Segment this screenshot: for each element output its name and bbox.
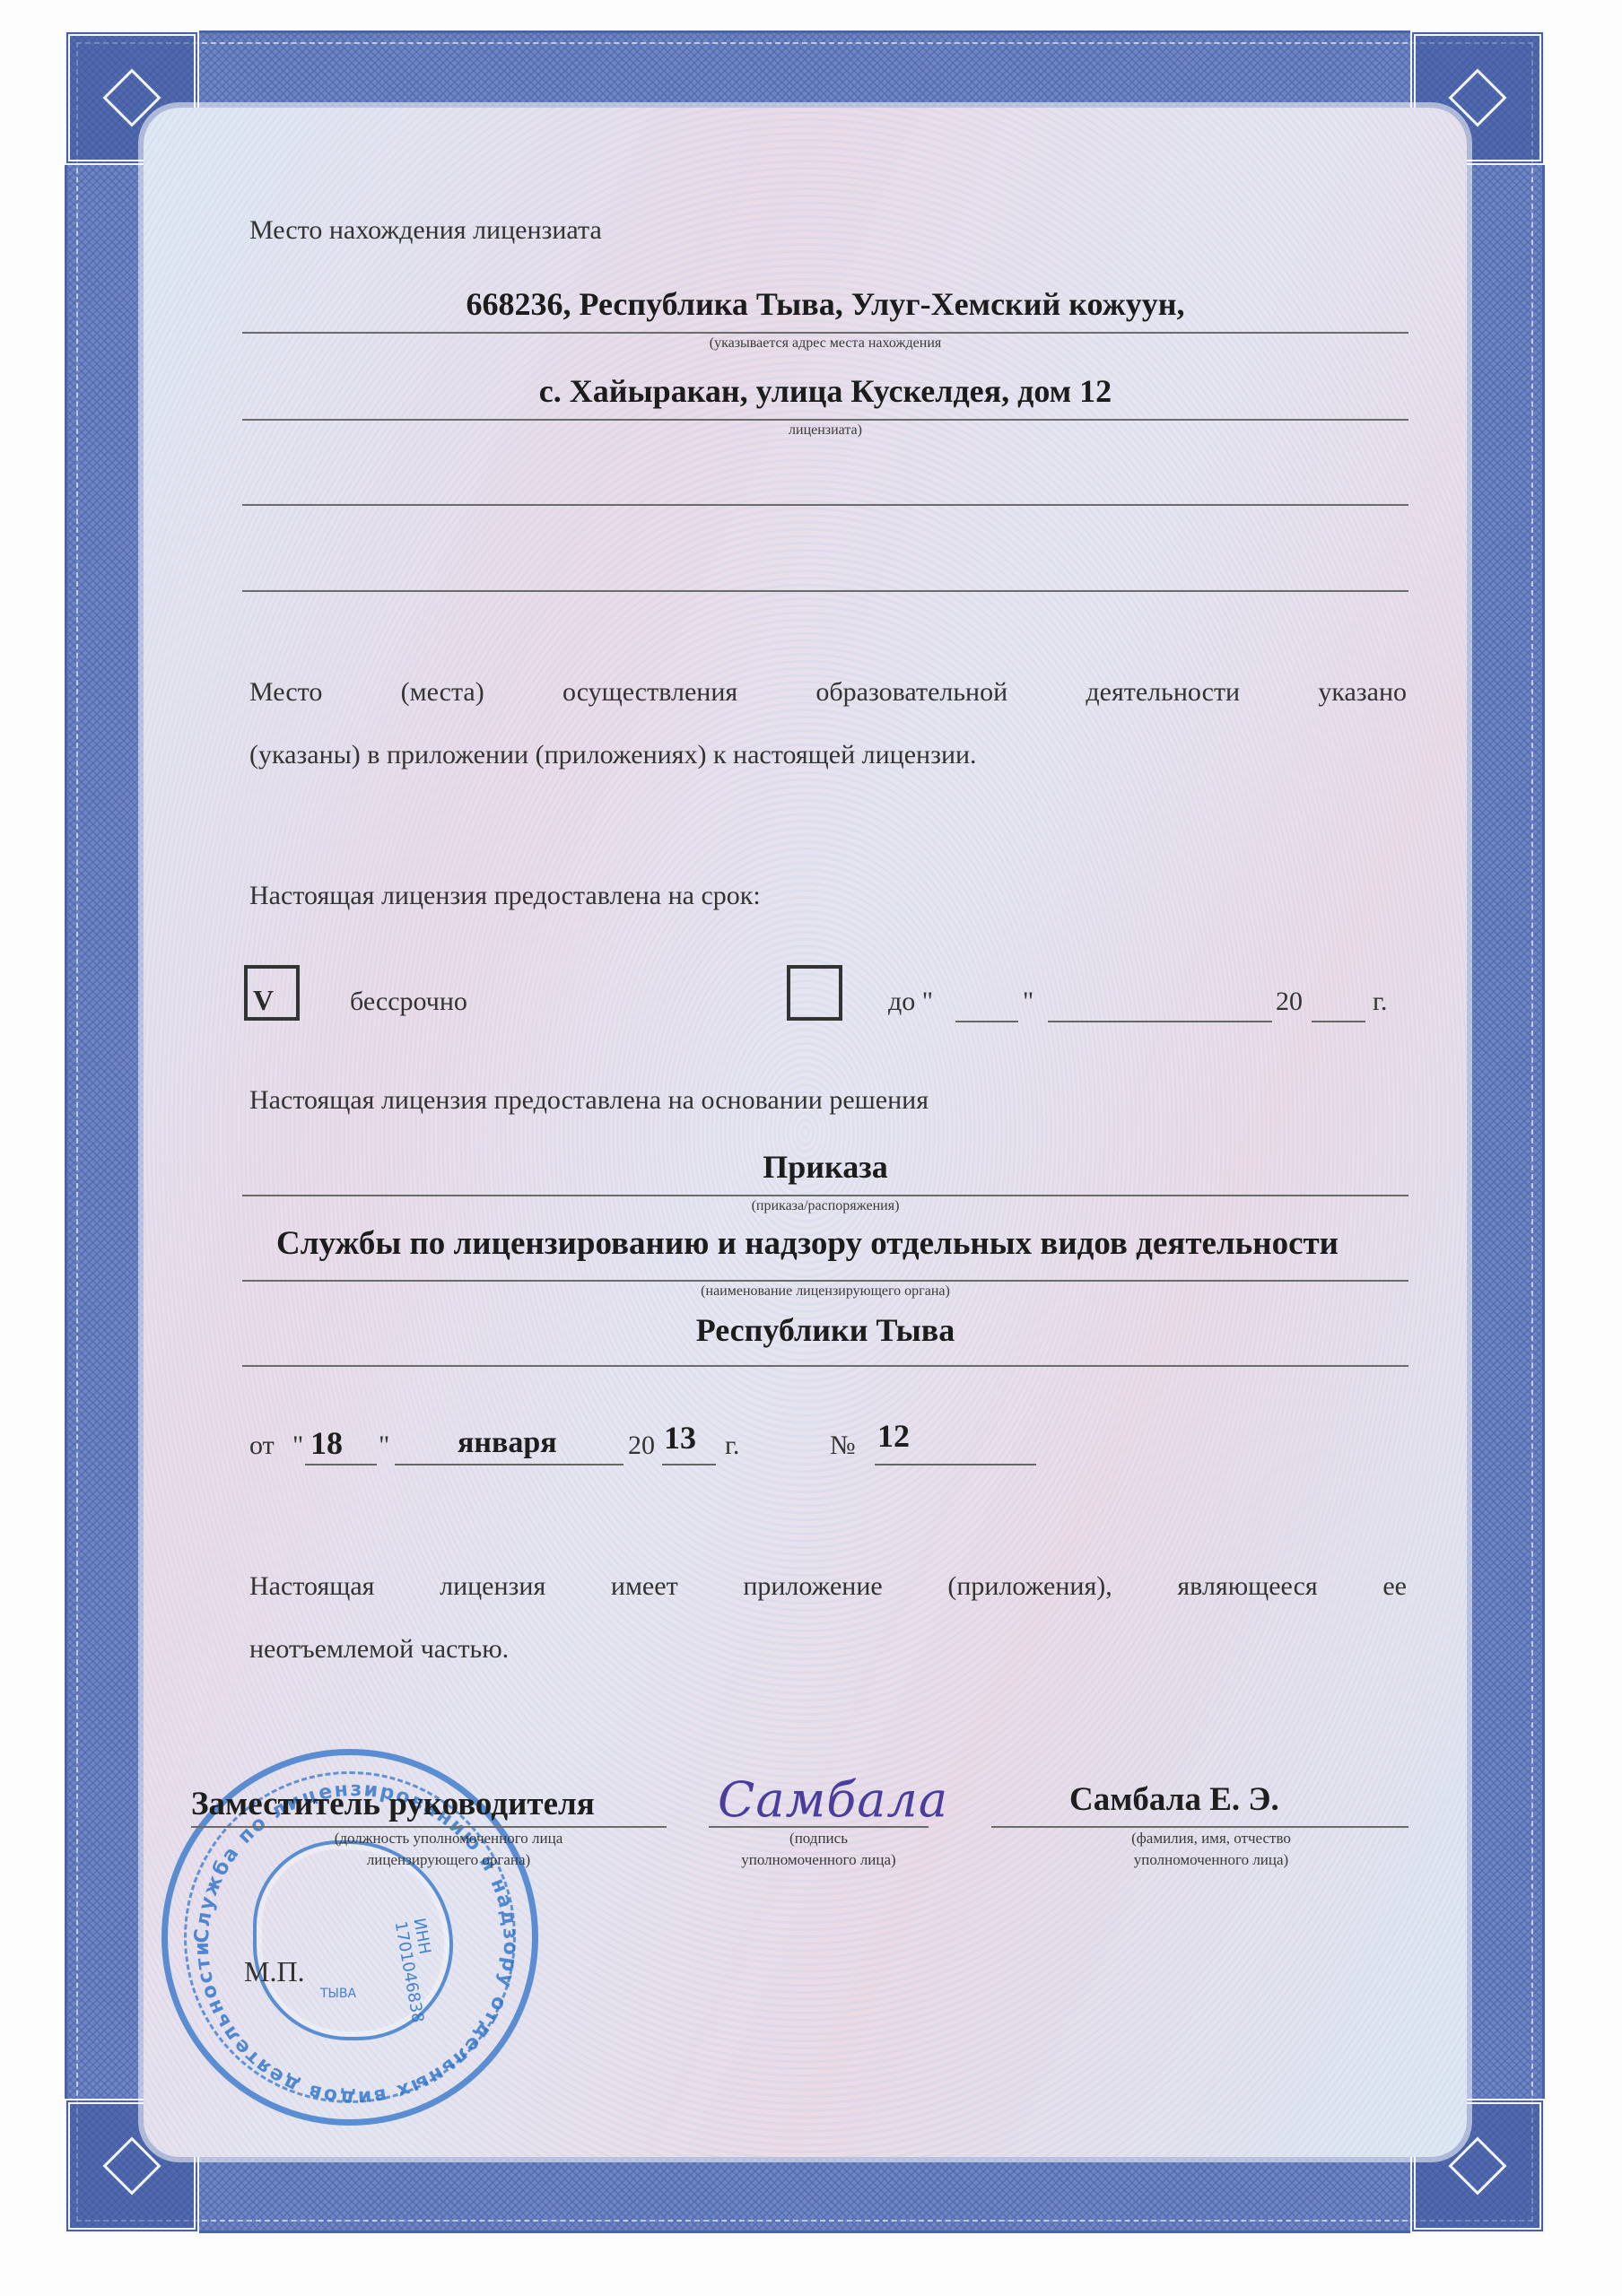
basis-doc-type: Приказа	[242, 1148, 1408, 1186]
signature: Самбала	[718, 1771, 948, 1828]
until-year-field[interactable]	[1312, 985, 1365, 1022]
decision-open-quote: "	[292, 1431, 303, 1461]
decision-number-label: №	[830, 1431, 856, 1461]
decision-year-label: г.	[725, 1431, 739, 1461]
signature-hint-2: уполномоченного лица)	[709, 1851, 929, 1869]
emblem-text: ТЫВА	[320, 1987, 356, 2001]
until-prefix: до "	[888, 987, 933, 1017]
appendix-line-1: Настоящая лицензия имеет приложение (при…	[249, 1571, 1407, 1602]
basis-label: Настоящая лицензия предоставлена на осно…	[249, 1085, 929, 1116]
until-quote-close: "	[1023, 987, 1033, 1017]
until-month-field[interactable]	[1048, 985, 1272, 1022]
until-year-suffix: г.	[1373, 987, 1387, 1017]
divider	[242, 419, 1408, 421]
divider	[709, 1826, 929, 1828]
until-day-field[interactable]	[955, 985, 1018, 1022]
decision-from-label: от	[249, 1431, 275, 1461]
decision-year-prefix: 20	[628, 1431, 655, 1461]
seal-label: М.П.	[244, 1955, 305, 1988]
name-hint-1: (фамилия, имя, отчество	[1032, 1830, 1391, 1848]
divider	[191, 1826, 667, 1828]
divider	[242, 1365, 1408, 1367]
activity-place-line-2: (указаны) в приложении (приложениях) к н…	[249, 740, 977, 770]
position-hint-2: лицензирующего органа)	[269, 1851, 628, 1869]
divider	[242, 504, 1408, 506]
location-hint-1: (указывается адрес места нахождения	[242, 335, 1408, 352]
name-hint-2: уполномоченного лица)	[1032, 1851, 1391, 1869]
signatory-name: Самбала Е. Э.	[1069, 1780, 1279, 1819]
term-label: Настоящая лицензия предоставлена на срок…	[249, 881, 761, 911]
divider	[242, 1280, 1408, 1282]
basis-authority-line-2: Республики Тыва	[242, 1311, 1408, 1349]
location-hint-2: лицензиата)	[242, 422, 1408, 439]
basis-authority-hint: (наименование лицензирующего органа)	[242, 1283, 1408, 1300]
decision-year-suffix: 13	[664, 1419, 696, 1457]
check-mark: V	[253, 984, 274, 1017]
decision-month: января	[458, 1426, 557, 1460]
location-label: Место нахождения лицензиата	[249, 215, 602, 246]
divider	[242, 332, 1408, 334]
until-checkbox[interactable]	[787, 965, 842, 1021]
activity-place-line-1: Место (места) осуществления образователь…	[249, 677, 1407, 708]
decision-close-quote: "	[379, 1431, 389, 1461]
appendix-line-2: неотъемлемой частью.	[249, 1634, 509, 1665]
location-line-2: с. Хайыракан, улица Кускелдея, дом 12	[242, 372, 1408, 410]
unlimited-label: бессрочно	[350, 987, 467, 1017]
divider	[242, 590, 1408, 592]
basis-doc-type-hint: (приказа/распоряжения)	[242, 1198, 1408, 1214]
basis-authority-line-1: Службы по лицензированию и надзору отдел…	[193, 1224, 1422, 1263]
signature-hint-1: (подпись	[709, 1830, 929, 1848]
divider	[242, 1195, 1408, 1196]
decision-day: 18	[310, 1424, 343, 1462]
decision-number: 12	[877, 1417, 910, 1455]
signatory-position: Заместитель руководителя	[191, 1785, 595, 1823]
unlimited-checkbox[interactable]: V	[244, 965, 300, 1021]
position-hint-1: (должность уполномоченного лица	[269, 1830, 628, 1848]
location-line-1: 668236, Республика Тыва, Улуг-Хемский ко…	[242, 285, 1408, 323]
until-year-prefix: 20	[1276, 987, 1303, 1017]
divider	[991, 1826, 1408, 1828]
